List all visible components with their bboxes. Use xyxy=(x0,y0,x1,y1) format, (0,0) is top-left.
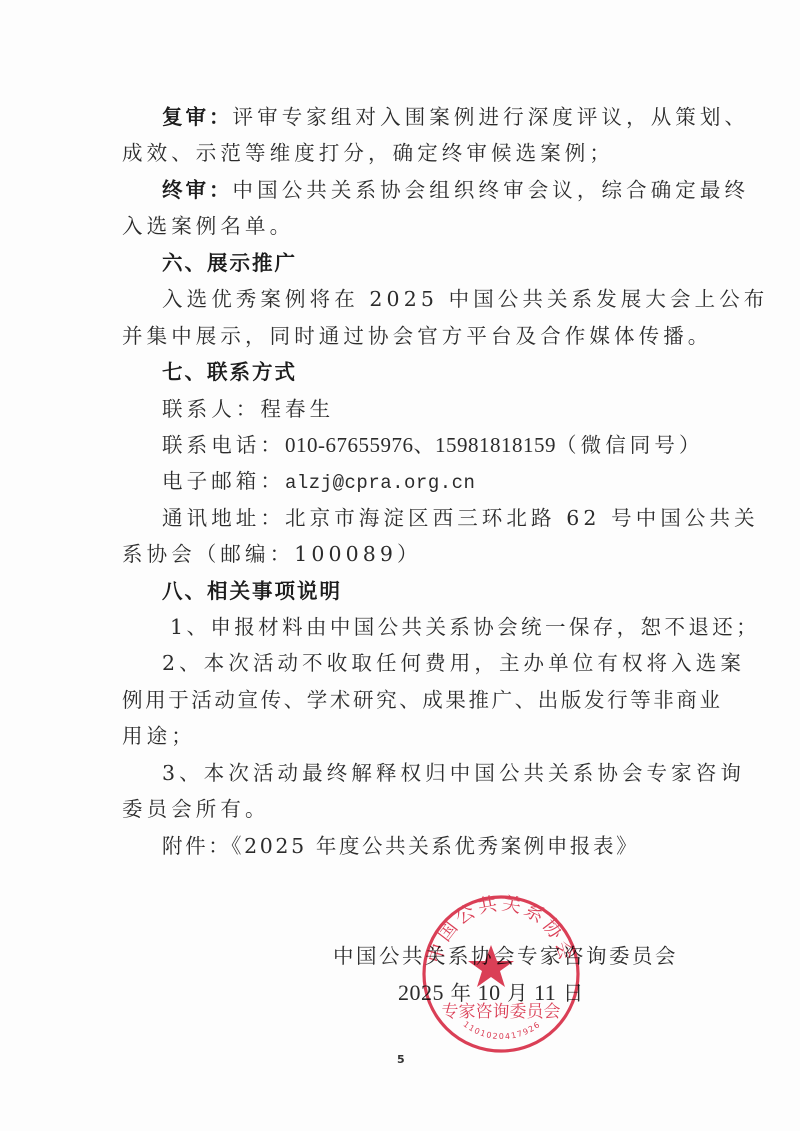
contact-person-line: 联系人：程春生 xyxy=(162,395,682,423)
contact-person-label: 联系人： xyxy=(162,397,260,421)
contact-person-name: 程春生 xyxy=(260,397,334,421)
review-paragraph-line-1: 复审：评审专家组对入围案例进行深度评议，从策划、 xyxy=(162,103,682,131)
star-icon xyxy=(468,945,514,987)
official-seal-stamp: 中国公共关系协会 专家咨询委员会 1101020417926 xyxy=(420,893,582,1055)
contact-phone-number: 010-67655976、15981818159 xyxy=(285,433,556,457)
contact-phone-label: 联系电话： xyxy=(162,433,285,457)
contact-phone-note: （微信同号） xyxy=(556,433,704,457)
review-text: 评审专家组对入围案例进行深度评议，从策划、 xyxy=(233,105,750,129)
attachment-line[interactable]: 附件：《2025 年度公共关系优秀案例申报表》 xyxy=(162,832,682,860)
contact-address-line-2: 系协会（邮编：100089） xyxy=(122,540,682,568)
contact-address-label: 通讯地址： xyxy=(162,506,285,530)
section-8-heading: 八、相关事项说明 xyxy=(162,577,682,605)
review-paragraph-line-2: 成效、示范等维度打分，确定终审候选案例； xyxy=(122,139,682,167)
note-item-2-line-3: 用途； xyxy=(122,722,682,750)
section-6-line-1: 入选优秀案例将在 2025 中国公共关系发展大会上公布 xyxy=(162,285,682,313)
note-item-2-line-2: 例用于活动宣传、学术研究、成果推广、出版发行等非商业 xyxy=(122,686,682,714)
final-review-text: 中国公共关系协会组织终审会议，综合确定最终 xyxy=(233,178,750,202)
section-7-heading: 七、联系方式 xyxy=(162,358,682,386)
note-item-3-line-2: 委员会所有。 xyxy=(122,795,682,823)
contact-address-line-1: 通讯地址：北京市海淀区西三环北路 62 号中国公共关 xyxy=(162,504,682,532)
contact-email-line: 电子邮箱：alzj@cpra.org.cn xyxy=(162,467,682,497)
document-page: 复审：评审专家组对入围案例进行深度评议，从策划、 成效、示范等维度打分，确定终审… xyxy=(0,0,800,1131)
note-item-2-line-1: 2、本次活动不收取任何费用，主办单位有权将入选案 xyxy=(162,649,682,677)
contact-email-link[interactable]: alzj@cpra.org.cn xyxy=(285,472,475,494)
final-review-paragraph-line-2: 入选案例名单。 xyxy=(122,212,682,240)
contact-email-label: 电子邮箱： xyxy=(162,469,285,493)
section-6-heading: 六、展示推广 xyxy=(162,249,682,277)
seal-icon: 中国公共关系协会 专家咨询委员会 1101020417926 xyxy=(420,893,582,1055)
note-item-3-line-1: 3、本次活动最终解释权归中国公共关系协会专家咨询 xyxy=(162,759,682,787)
section-6-line-2: 并集中展示，同时通过协会官方平台及合作媒体传播。 xyxy=(122,322,682,350)
seal-code-text: 1101020417926 xyxy=(462,1020,543,1042)
review-label: 复审： xyxy=(162,105,233,129)
note-item-1: 1、申报材料由中国公共关系协会统一保存，恕不退还； xyxy=(170,613,730,641)
final-review-paragraph-line-1: 终审：中国公共关系协会组织终审会议，综合确定最终 xyxy=(162,176,682,204)
contact-phone-line: 联系电话：010-67655976、15981818159（微信同号） xyxy=(162,431,682,459)
final-review-label: 终审： xyxy=(162,178,233,202)
seal-arc-text: 中国公共关系协会 xyxy=(424,893,578,966)
contact-address-text: 北京市海淀区西三环北路 62 号中国公共关 xyxy=(285,506,759,530)
seal-center-text: 专家咨询委员会 xyxy=(442,1002,561,1022)
page-number: 5 xyxy=(397,1053,405,1066)
